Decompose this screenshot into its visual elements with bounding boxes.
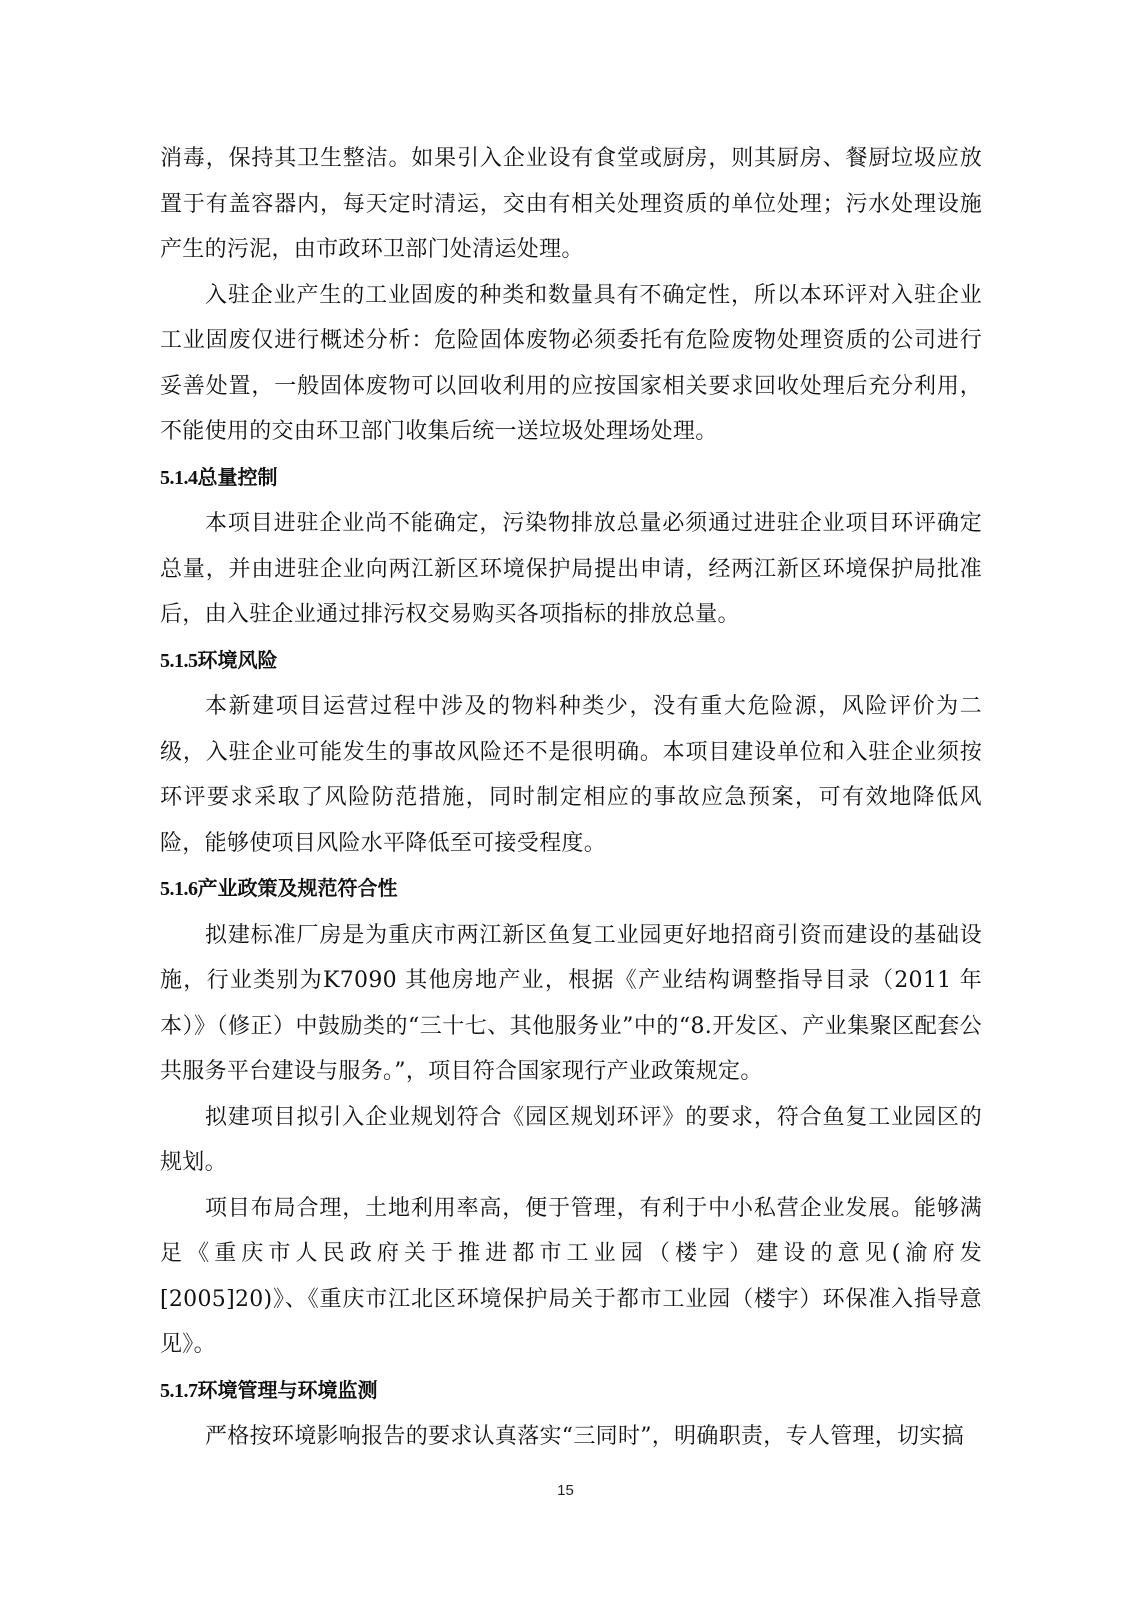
paragraph-layout-compliance: 项目布局合理，土地利用率高，便于管理，有利于中小私营企业发展。能够满足《重庆市人…	[160, 1186, 982, 1368]
section-title: 环境风险	[198, 648, 278, 672]
section-title: 环境管理与环境监测	[198, 1378, 378, 1402]
paragraph-industrial-solid-waste: 入驻企业产生的工业固废的种类和数量具有不确定性，所以本环评对入驻企业工业固废仅进…	[160, 273, 982, 455]
section-heading-5-1-5: 5.1.5环境风险	[160, 638, 982, 685]
section-number: 5.1.5	[160, 650, 198, 672]
section-heading-5-1-7: 5.1.7环境管理与环境监测	[160, 1368, 982, 1415]
paragraph-total-control: 本项目进驻企业尚不能确定，污染物排放总量必须通过进驻企业项目环评确定总量，并由进…	[160, 501, 982, 638]
paragraph-sanitation: 消毒，保持其卫生整洁。如果引入企业设有食堂或厨房，则其厨房、餐厨垃圾应放置于有盖…	[160, 136, 982, 273]
paragraph-industrial-policy: 拟建标准厂房是为重庆市两江新区鱼复工业园更好地招商引资而建设的基础设施，行业类别…	[160, 913, 982, 1095]
section-heading-5-1-6: 5.1.6产业政策及规范符合性	[160, 866, 982, 913]
section-number: 5.1.4	[160, 467, 198, 489]
paragraph-park-planning: 拟建项目拟引入企业规划符合《园区规划环评》的要求，符合鱼复工业园区的规划。	[160, 1095, 982, 1186]
section-title: 总量控制	[198, 465, 278, 489]
section-title: 产业政策及规范符合性	[198, 876, 398, 900]
paragraph-environmental-management: 严格按环境影响报告的要求认真落实“三同时”，明确职责，专人管理，切实搞	[160, 1414, 982, 1460]
page-number: 15	[0, 1482, 1131, 1499]
document-page: 消毒，保持其卫生整洁。如果引入企业设有食堂或厨房，则其厨房、餐厨垃圾应放置于有盖…	[160, 136, 982, 1460]
section-heading-5-1-4: 5.1.4总量控制	[160, 455, 982, 502]
section-number: 5.1.6	[160, 878, 198, 900]
section-number: 5.1.7	[160, 1380, 198, 1402]
paragraph-environmental-risk: 本新建项目运营过程中涉及的物料种类少，没有重大危险源，风险评价为二级，入驻企业可…	[160, 684, 982, 866]
